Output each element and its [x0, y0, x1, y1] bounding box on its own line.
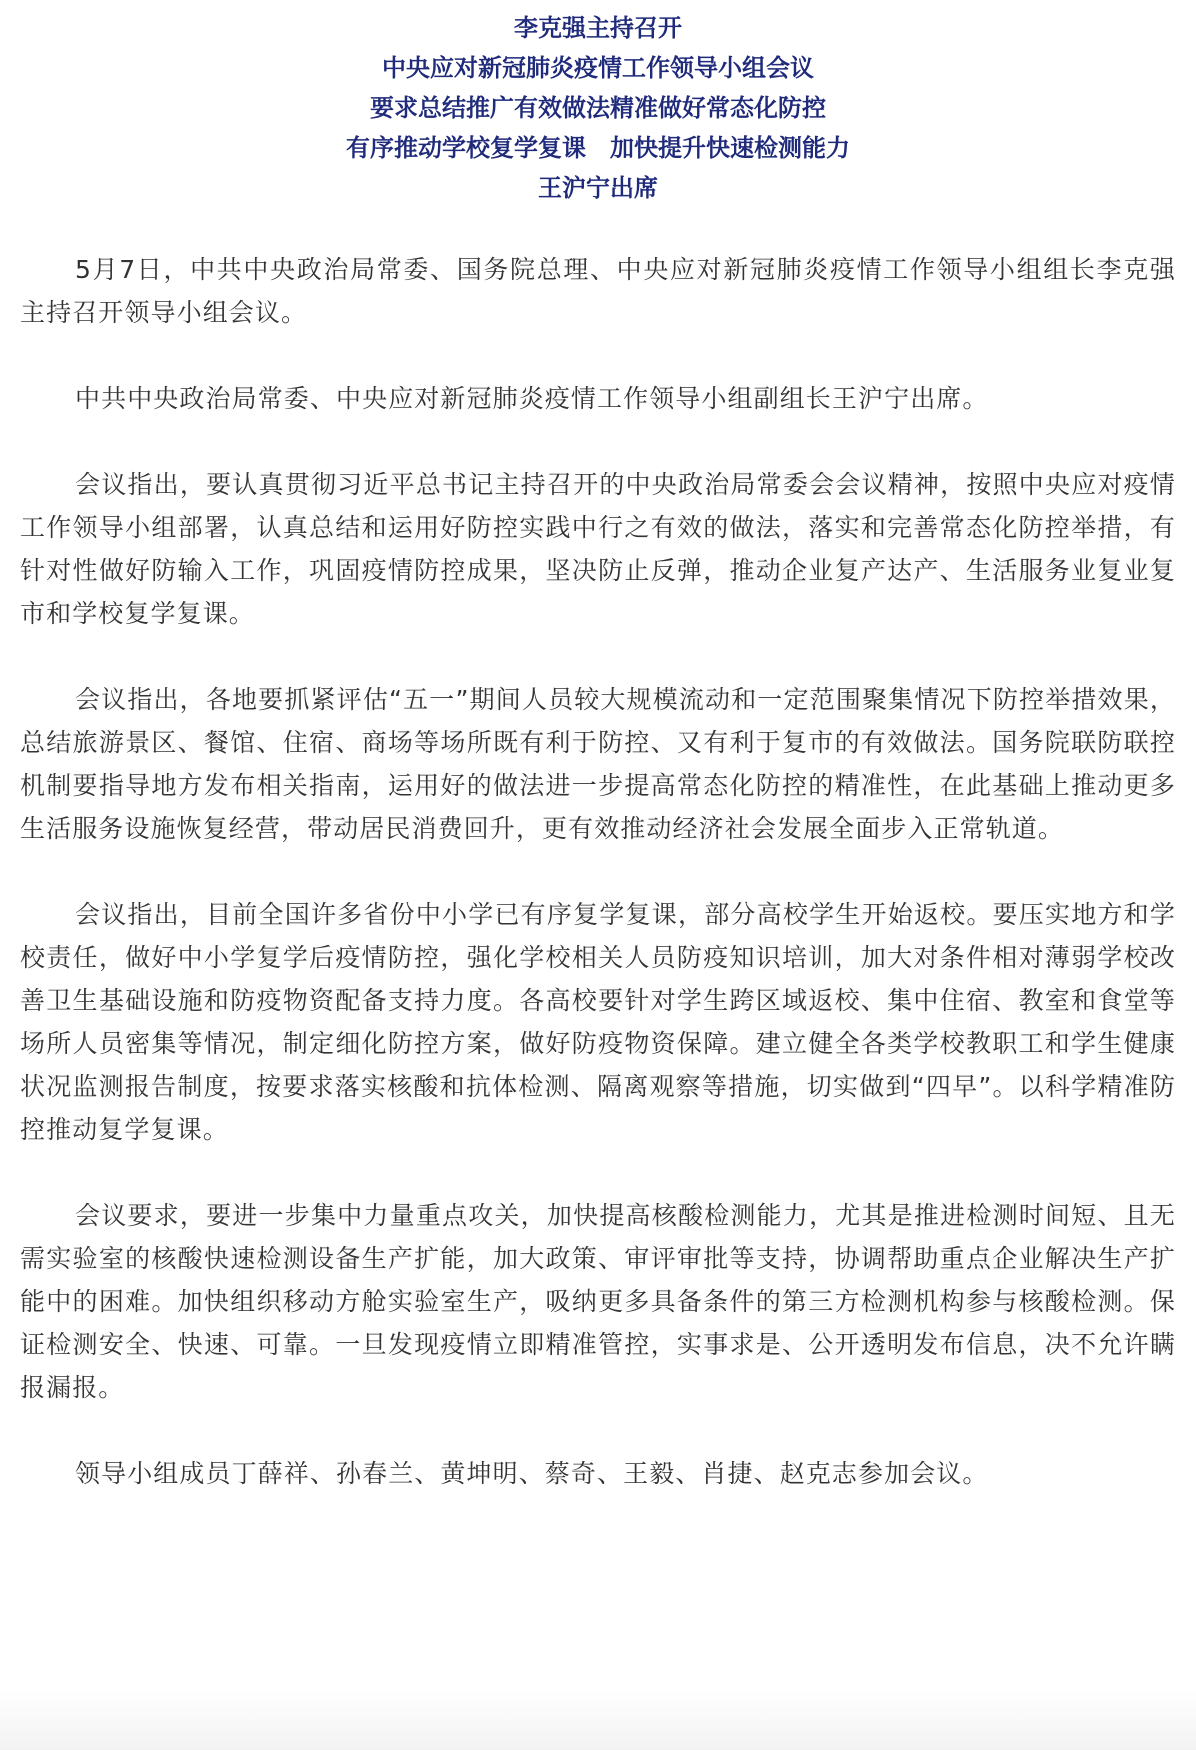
paragraph-members-attending: 领导小组成员丁薛祥、孙春兰、黄坤明、蔡奇、王毅、肖捷、赵克志参加会议。 [20, 1452, 1176, 1495]
paragraph-attendance: 中共中央政治局常委、中央应对新冠肺炎疫情工作领导小组副组长王沪宁出席。 [20, 377, 1176, 420]
article-headline: 李克强主持召开 中央应对新冠肺炎疫情工作领导小组会议 要求总结推广有效做法精准做… [0, 8, 1196, 208]
headline-line-1: 李克强主持召开 [0, 8, 1196, 48]
headline-line-4: 有序推动学校复学复课 加快提升快速检测能力 [0, 128, 1196, 168]
paragraph-school-reopening: 会议指出，目前全国许多省份中小学已有序复学复课，部分高校学生开始返校。要压实地方… [20, 893, 1176, 1151]
bottom-fade-overlay [0, 1690, 1196, 1750]
paragraph-normalized-prevention: 会议指出，要认真贯彻习近平总书记主持召开的中央政治局常委会会议精神，按照中央应对… [20, 463, 1176, 635]
headline-line-5: 王沪宁出席 [0, 168, 1196, 208]
paragraph-may-day-assessment: 会议指出，各地要抓紧评估“五一”期间人员较大规模流动和一定范围聚集情况下防控举措… [20, 678, 1176, 850]
headline-line-2: 中央应对新冠肺炎疫情工作领导小组会议 [0, 48, 1196, 88]
paragraph-meeting-date: 5月7日，中共中央政治局常委、国务院总理、中央应对新冠肺炎疫情工作领导小组组长李… [20, 248, 1176, 334]
article-body: 5月7日，中共中央政治局常委、国务院总理、中央应对新冠肺炎疫情工作领导小组组长李… [20, 248, 1176, 1538]
article-page: 李克强主持召开 中央应对新冠肺炎疫情工作领导小组会议 要求总结推广有效做法精准做… [0, 0, 1196, 1750]
paragraph-testing-capacity: 会议要求，要进一步集中力量重点攻关，加快提高核酸检测能力，尤其是推进检测时间短、… [20, 1194, 1176, 1409]
headline-line-3: 要求总结推广有效做法精准做好常态化防控 [0, 88, 1196, 128]
